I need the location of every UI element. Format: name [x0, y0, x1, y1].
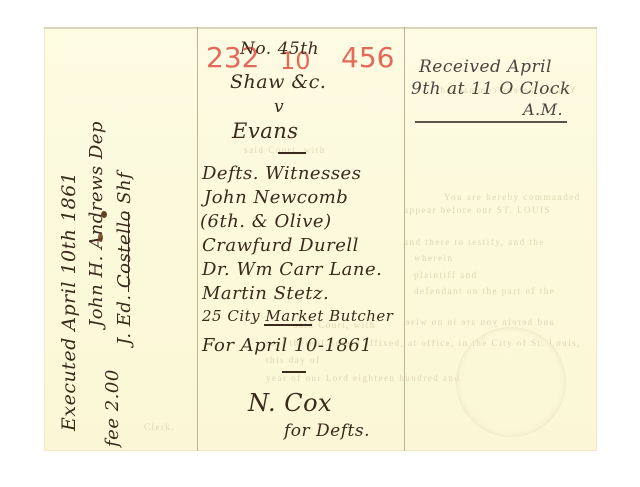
document-page: You are hereby commanded You are hereby … — [44, 27, 597, 451]
witness-item: John Newcomb — [204, 187, 348, 208]
received-note-line1: Received April — [419, 57, 552, 77]
right-panel: Received April 9th at 11 O Clock A.M. — [405, 27, 597, 451]
vertical-rule — [128, 212, 129, 292]
ink-blot — [101, 211, 107, 218]
pencil-underline — [415, 121, 567, 123]
deputy-signature: John H. Andrews Dep — [86, 121, 107, 327]
versus-label: v — [274, 97, 284, 117]
witness-item: Dr. Wm Carr Lane. — [202, 259, 382, 280]
scan-canvas: You are hereby commanded You are hereby … — [0, 0, 640, 487]
executed-note: Executed April 10th 1861 — [58, 172, 80, 431]
court-date: For April 10-1861 — [202, 335, 372, 356]
sheriff-signature: J. Ed. Costello Shf — [114, 172, 135, 345]
left-panel: Executed April 10th 1861 John H. Andrews… — [44, 27, 197, 451]
plaintiff-name: Shaw &c. — [230, 71, 326, 93]
attorney-signature: N. Cox — [248, 389, 332, 417]
witnesses-heading: Defts. Witnesses — [202, 163, 361, 184]
divider-dash — [278, 152, 306, 154]
ink-blot — [98, 233, 103, 242]
received-note-line2: 9th at 11 O Clock — [411, 79, 571, 99]
case-number: No. 45th — [240, 39, 319, 59]
witness-item: Crawfurd Durell — [202, 235, 359, 256]
witness-address: (6th. & Olive) — [200, 211, 332, 232]
witness-address: 25 City Market Butcher — [202, 307, 393, 325]
received-note-line3: A.M. — [523, 100, 563, 119]
center-panel: 232 10 456 No. 45th Shaw &c. v Evans Def… — [198, 27, 404, 451]
witness-item: Martin Stetz. — [202, 283, 329, 304]
defendant-name: Evans — [232, 119, 299, 143]
red-number-456: 456 — [341, 41, 394, 74]
attorney-role: for Defts. — [284, 421, 370, 441]
fee-note: fee 2.00 — [102, 369, 123, 447]
market-underline — [264, 324, 312, 326]
divider-dash — [282, 371, 306, 373]
